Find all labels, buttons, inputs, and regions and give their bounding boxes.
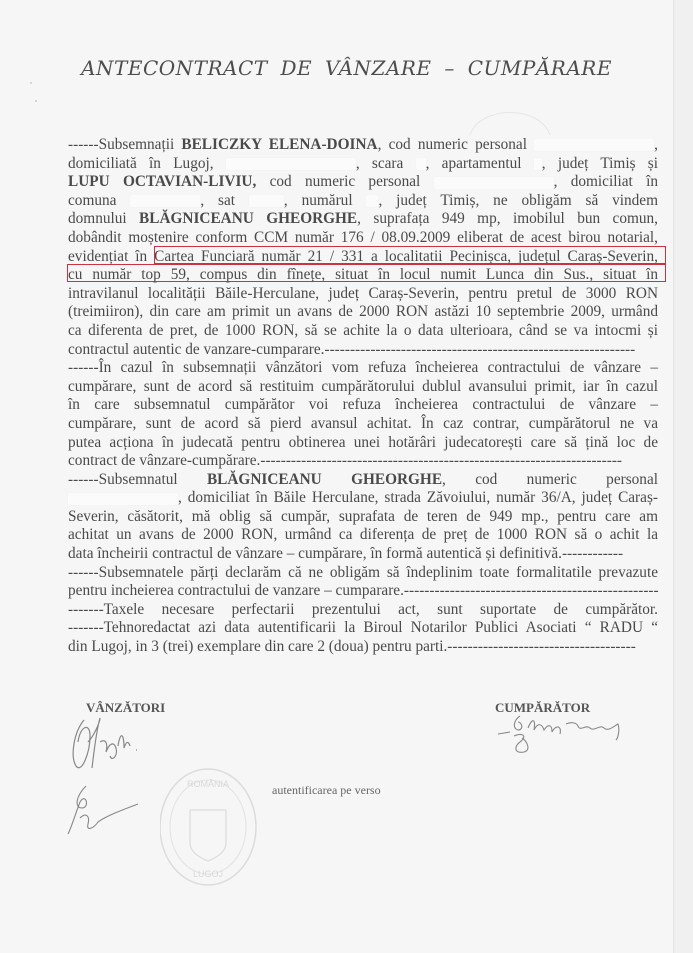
- buyer-name: BLĂGNICEANU GHEORGHE: [207, 471, 442, 488]
- seller-1-name: BELICZKY ELENA-DOINA: [181, 136, 377, 153]
- text-line: data încheirii contractul de vânzare – c…: [68, 545, 658, 564]
- redacted-village: [249, 195, 284, 207]
- document-title: ANTECONTRACT DE VÂNZARE – CUMPĂRARE: [0, 56, 693, 80]
- scan-speck: [30, 82, 32, 84]
- contract-body: ------Subsemnații BELICZKY ELENA-DOINA, …: [68, 136, 658, 657]
- redacted-cnp: [434, 177, 554, 189]
- redacted-address: [226, 158, 356, 170]
- text-line: evidențiat în Cartea Funciară număr 21 /…: [68, 248, 658, 267]
- text-line: ------Subsemnatele părți declarăm că ne …: [68, 564, 658, 583]
- text-line: intravilanul localității Băile-Herculane…: [68, 285, 658, 304]
- text-line: LUPU OCTAVIAN-LIVIU, cod numeric persona…: [68, 173, 658, 192]
- text-line: domnului BLĂGNICEANU GHEORGHE, suprafața…: [68, 210, 658, 229]
- bleed-through-stamp: [460, 95, 560, 165]
- stamp-text-bottom: LUGOJ: [193, 869, 223, 879]
- buyer-signature: [496, 712, 636, 762]
- text-line: cu număr top 59, compus din fînețe, situ…: [68, 266, 658, 285]
- text-line: pentru incheierea contractului de vanzar…: [68, 582, 658, 601]
- seller-2-name: LUPU OCTAVIAN-LIVIU,: [68, 173, 256, 190]
- text-line: domiciliată în Lugoj, , scara , apartame…: [68, 155, 658, 174]
- text-line: comuna , sat , numărul , județ Timiș, ne…: [68, 192, 658, 211]
- text-line: în care subsemnatul cumpărător voi refuz…: [68, 396, 658, 415]
- seller-signature-2: [66, 782, 156, 842]
- redacted-value: [416, 158, 426, 170]
- text-line: din Lugoj, in 3 (trei) exemplare din car…: [68, 638, 658, 657]
- text-line: (treimiiron), din care am primit un avan…: [68, 303, 658, 322]
- text-line: , domiciliat în Băile Herculane, strada …: [68, 489, 658, 508]
- seller-signature-1: [66, 712, 156, 782]
- text-line: dobândit moștenire conform CCM număr 176…: [68, 229, 658, 248]
- page-edge: [673, 0, 693, 953]
- text-line: ------În cazul în subsemnații vânzători …: [68, 359, 658, 378]
- redacted-commune: [130, 195, 200, 207]
- text-line: ------Subsemnații BELICZKY ELENA-DOINA, …: [68, 136, 658, 155]
- text-line: ca diferenta de pret, de 1000 RON, să se…: [68, 322, 658, 341]
- text-line: achitat un avans de 2000 RON, urmând ca …: [68, 526, 658, 545]
- buyer-name: BLĂGNICEANU GHEORGHE: [139, 210, 357, 227]
- text-line: contractul autentic de vanzare-cumparare…: [68, 341, 658, 360]
- text-line: Severin, căsătorit, mă oblig să cumpăr, …: [68, 508, 658, 527]
- land-registry-reference: Cartea Funciară număr 21 / 331 a localit…: [154, 248, 658, 265]
- scan-speck: [35, 100, 37, 102]
- text-line: ------Subsemnatul BLĂGNICEANU GHEORGHE, …: [68, 471, 658, 490]
- text-line: -------Taxele necesare perfectarii preze…: [68, 601, 658, 620]
- text-line: cumpărare, sunt de acord să restituim cu…: [68, 378, 658, 397]
- text-line: -------Tehnoredactat azi data autentific…: [68, 619, 658, 638]
- stamp-text-top: ROMÂNIA: [187, 779, 229, 789]
- notary-stamp: ROMÂNIA LUGOJ: [160, 765, 270, 895]
- text-line: contract de vânzare-cumpărare.----------…: [68, 452, 658, 471]
- text-line: cumpărare, sunt de acord să pierd avansu…: [68, 415, 658, 434]
- authentication-note: autentificarea pe verso: [272, 783, 381, 798]
- text-line: putea acționa în judecată pentru obtiner…: [68, 434, 658, 453]
- redacted-number: [366, 195, 378, 207]
- redacted-cnp: [68, 493, 178, 505]
